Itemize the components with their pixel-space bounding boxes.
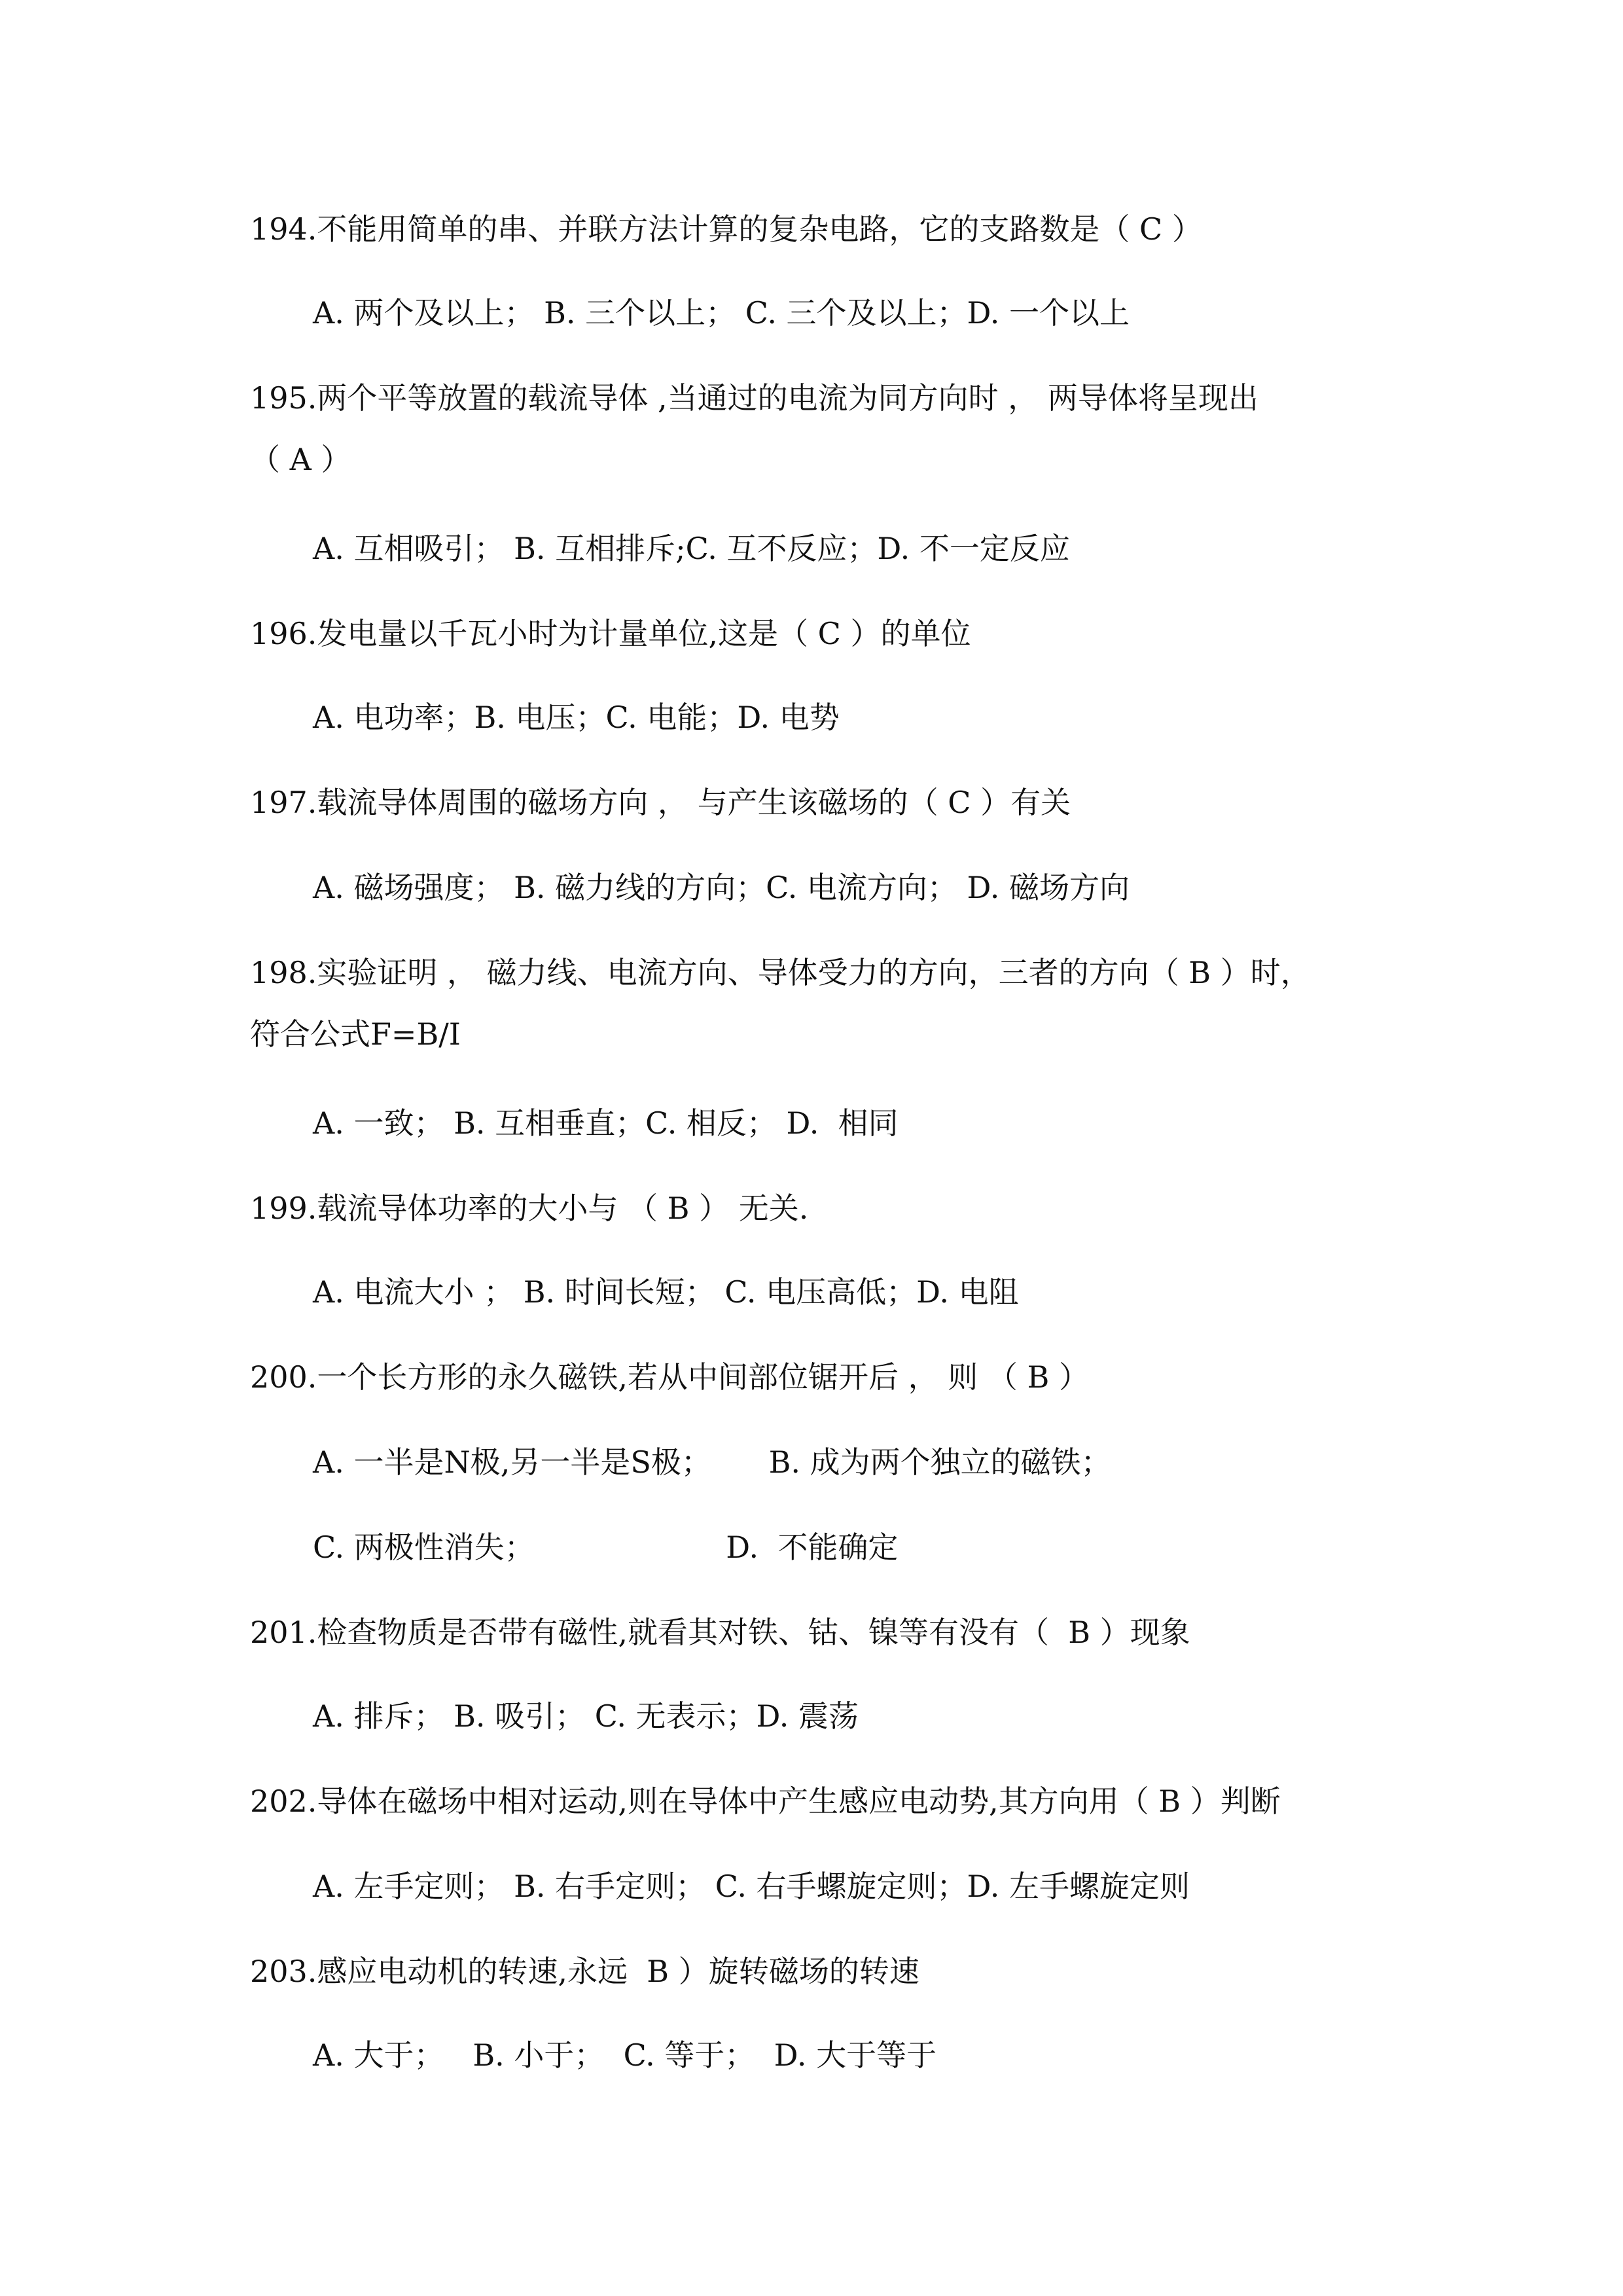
options-200-row2: C. 两极性消失； D. 不能确定 bbox=[313, 1528, 898, 1567]
options-202: A. 左手定则； B. 右手定则； C. 右手螺旋定则；D. 左手螺旋定则 bbox=[313, 1867, 1190, 1906]
question-195-cont: （ A ） bbox=[250, 440, 351, 479]
question-197: 197.载流导体周围的磁场方向 ， 与产生该磁场的（ C ）有关 bbox=[250, 783, 1071, 822]
options-203: A. 大于； B. 小于； C. 等于； D. 大于等于 bbox=[313, 2036, 936, 2075]
options-197: A. 磁场强度； B. 磁力线的方向；C. 电流方向； D. 磁场方向 bbox=[313, 868, 1130, 907]
question-195: 195.两个平等放置的载流导体 ,当通过的电流为同方向时 ， 两导体将呈现出 bbox=[250, 378, 1258, 418]
question-198: 198.实验证明 ， 磁力线、电流方向、导体受力的方向，三者的方向（ B ）时， bbox=[250, 953, 1311, 992]
question-194: 194.不能用简单的串、并联方法计算的复杂电路，它的支路数是（ C ） bbox=[250, 209, 1202, 249]
question-199: 199.载流导体功率的大小与 （ B ） 无关. bbox=[250, 1189, 808, 1228]
options-199: A. 电流大小 ； B. 时间长短； C. 电压高低；D. 电阻 bbox=[313, 1272, 1019, 1312]
question-203: 203.感应电动机的转速,永远 B ）旋转磁场的转速 bbox=[250, 1952, 919, 1991]
options-198: A. 一致； B. 互相垂直；C. 相反； D. 相同 bbox=[313, 1103, 899, 1143]
options-196: A. 电功率；B. 电压；C. 电能；D. 电势 bbox=[313, 698, 840, 737]
options-194: A. 两个及以上； B. 三个以上； C. 三个及以上；D. 一个以上 bbox=[313, 293, 1130, 332]
options-201: A. 排斥； B. 吸引； C. 无表示；D. 震荡 bbox=[313, 1696, 859, 1736]
options-195: A. 互相吸引； B. 互相排斥;C. 互不反应；D. 不一定反应 bbox=[313, 529, 1070, 568]
question-198-cont: 符合公式F=B/I bbox=[250, 1014, 461, 1054]
question-201: 201.检查物质是否带有磁性,就看其对铁、钴、镍等有没有（ B ）现象 bbox=[250, 1613, 1190, 1652]
question-202: 202.导体在磁场中相对运动,则在导体中产生感应电动势,其方向用（ B ）判断 bbox=[250, 1782, 1281, 1821]
options-200-row1: A. 一半是N极,另一半是S极； B. 成为两个独立的磁铁； bbox=[313, 1443, 1111, 1482]
question-200: 200.一个长方形的永久磁铁,若从中间部位锯开后 ， 则 （ B ） bbox=[250, 1357, 1089, 1397]
question-196: 196.发电量以千瓦小时为计量单位,这是（ C ）的单位 bbox=[250, 614, 971, 653]
